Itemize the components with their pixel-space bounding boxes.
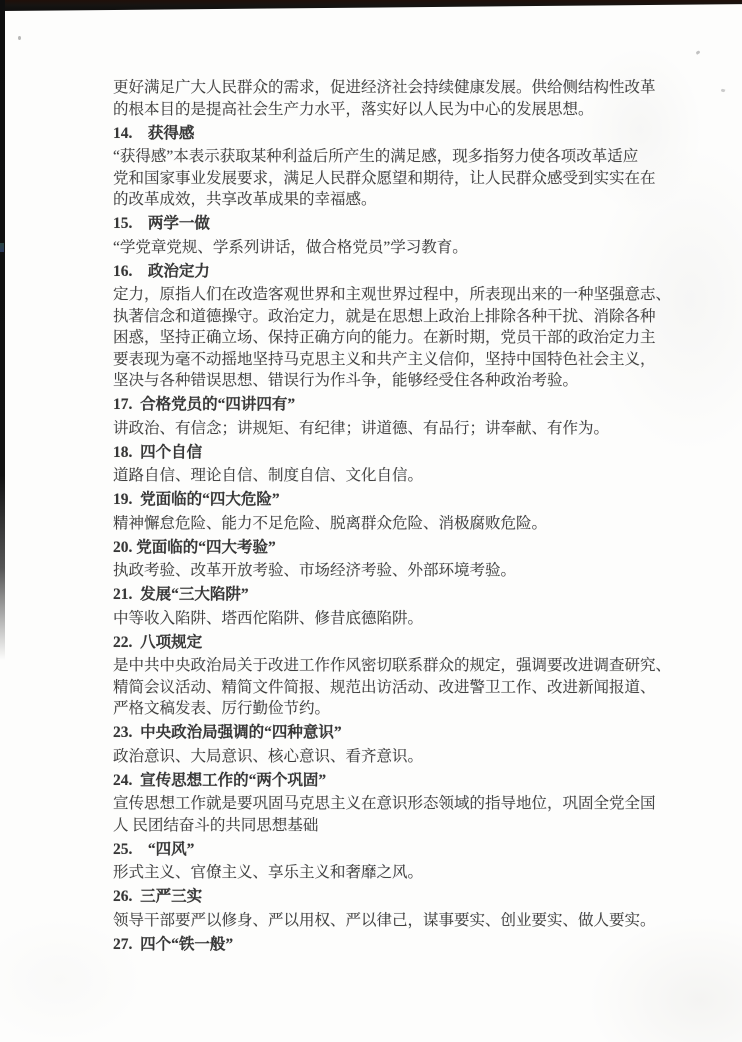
glossary-item: 16. 政治定力 定力，原指人们在改造客观世界和主观世界过程中，所表现出来的一种… bbox=[113, 261, 675, 392]
glossary-item: 22. 八项规定 是中共中央政治局关于改进工作作风密切联系群众的规定，强调要改进… bbox=[113, 632, 675, 720]
intro-paragraph: 更好满足广大人民群众的需求，促进经济社会持续健康发展。供给侧结构性改革 的根本目… bbox=[113, 77, 675, 120]
item-heading: 21. 发展“三大陷阱” bbox=[113, 584, 675, 606]
item-heading: 26. 三严三实 bbox=[113, 886, 675, 908]
item-heading: 22. 八项规定 bbox=[113, 632, 675, 654]
glossary-item: 27. 四个“铁一般” bbox=[113, 934, 675, 956]
glossary-item: 23. 中央政治局强调的“四种意识” 政治意识、大局意识、核心意识、看齐意识。 bbox=[113, 722, 675, 767]
glossary-item: 19. 党面临的“四大危险” 精神懈怠危险、能力不足危险、脱离群众危险、消极腐败… bbox=[113, 489, 675, 534]
glossary-item: 14. 获得感 “获得感”本表示获取某种利益后所产生的满足感，现多指努力使各项改… bbox=[113, 123, 675, 211]
item-heading: 16. 政治定力 bbox=[113, 261, 675, 283]
scan-artifact-top-edge bbox=[0, 0, 742, 12]
glossary-item: 24. 宣传思想工作的“两个巩固” 宣传思想工作就是要巩固马克思主义在意识形态领… bbox=[113, 770, 675, 837]
item-heading: 19. 党面临的“四大危险” bbox=[113, 489, 675, 511]
glossary-items: 14. 获得感 “获得感”本表示获取某种利益后所产生的满足感，现多指努力使各项改… bbox=[113, 123, 675, 956]
scan-artifact-color-mark bbox=[0, 243, 4, 252]
item-body: 执政考验、改革开放考验、市场经济考验、外部环境考验。 bbox=[113, 560, 675, 582]
document-content: 更好满足广大人民群众的需求，促进经济社会持续健康发展。供给侧结构性改革 的根本目… bbox=[113, 77, 675, 957]
item-body: 定力，原指人们在改造客观世界和主观世界过程中，所表现出来的一种坚强意志、 执著信… bbox=[113, 284, 675, 392]
glossary-item: 25. “四风” 形式主义、官僚主义、享乐主义和奢靡之风。 bbox=[113, 839, 675, 884]
item-body: 是中共中央政治局关于改进工作作风密切联系群众的规定，强调要改进调查研究、 精简会… bbox=[113, 655, 675, 720]
item-body: “获得感”本表示获取某种利益后所产生的满足感，现多指努力使各项改革适应 党和国家… bbox=[113, 146, 675, 211]
glossary-item: 20. 党面临的“四大考验” 执政考验、改革开放考验、市场经济考验、外部环境考验… bbox=[113, 537, 675, 582]
item-heading: 18. 四个自信 bbox=[113, 442, 675, 464]
item-body: 精神懈怠危险、能力不足危险、脱离群众危险、消极腐败危险。 bbox=[113, 513, 675, 535]
item-heading: 20. 党面临的“四大考验” bbox=[113, 537, 675, 559]
item-heading: 14. 获得感 bbox=[113, 123, 675, 145]
item-body: 政治意识、大局意识、核心意识、看齐意识。 bbox=[113, 746, 675, 768]
glossary-item: 18. 四个自信 道路自信、理论自信、制度自信、文化自信。 bbox=[113, 442, 675, 487]
item-body: 道路自信、理论自信、制度自信、文化自信。 bbox=[113, 465, 675, 487]
item-heading: 24. 宣传思想工作的“两个巩固” bbox=[113, 770, 675, 792]
scanned-document-page: 更好满足广大人民群众的需求，促进经济社会持续健康发展。供给侧结构性改革 的根本目… bbox=[0, 0, 742, 1042]
item-body: “学党章党规、学系列讲话，做合格党员”学习教育。 bbox=[113, 237, 675, 259]
scan-speck bbox=[18, 36, 21, 40]
item-heading: 27. 四个“铁一般” bbox=[113, 934, 675, 956]
glossary-item: 17. 合格党员的“四讲四有” 讲政治、有信念；讲规矩、有纪律；讲道德、有品行；… bbox=[113, 394, 675, 439]
item-body: 领导干部要严以修身、严以用权、严以律己，谋事要实、创业要实、做人要实。 bbox=[113, 910, 675, 932]
scan-artifact-left-edge bbox=[0, 0, 5, 660]
scan-speck bbox=[696, 50, 701, 55]
item-heading: 17. 合格党员的“四讲四有” bbox=[113, 394, 675, 416]
item-body: 形式主义、官僚主义、享乐主义和奢靡之风。 bbox=[113, 862, 675, 884]
item-body: 中等收入陷阱、塔西佗陷阱、修昔底德陷阱。 bbox=[113, 608, 675, 630]
item-body: 讲政治、有信念；讲规矩、有纪律；讲道德、有品行；讲奉献、有作为。 bbox=[113, 418, 675, 440]
scan-speck bbox=[721, 88, 726, 92]
glossary-item: 15. 两学一做 “学党章党规、学系列讲话，做合格党员”学习教育。 bbox=[113, 213, 675, 258]
item-heading: 23. 中央政治局强调的“四种意识” bbox=[113, 722, 675, 744]
item-heading: 15. 两学一做 bbox=[113, 213, 675, 235]
item-body: 宣传思想工作就是要巩固马克思主义在意识形态领域的指导地位，巩固全党全国 人 民团… bbox=[113, 793, 675, 836]
glossary-item: 21. 发展“三大陷阱” 中等收入陷阱、塔西佗陷阱、修昔底德陷阱。 bbox=[113, 584, 675, 629]
glossary-item: 26. 三严三实 领导干部要严以修身、严以用权、严以律己，谋事要实、创业要实、做… bbox=[113, 886, 675, 931]
item-heading: 25. “四风” bbox=[113, 839, 675, 861]
